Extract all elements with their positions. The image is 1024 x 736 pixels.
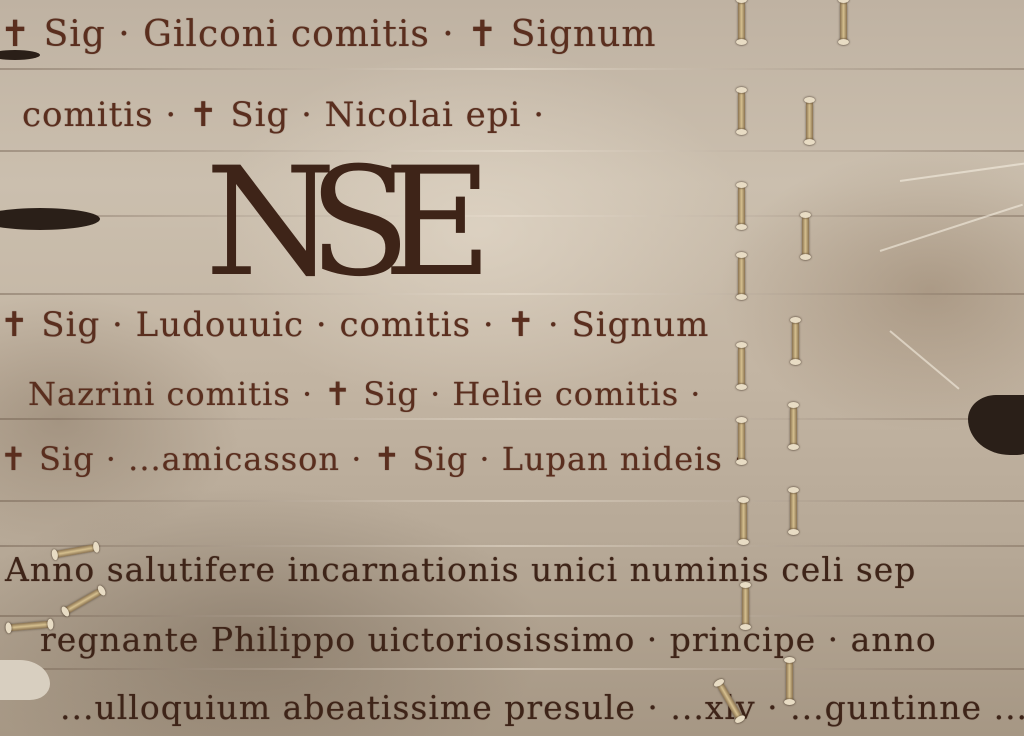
- thread-stitch: [740, 500, 747, 542]
- thread-stitch: [802, 215, 809, 257]
- parchment-tear: [968, 395, 1024, 455]
- thread-stitch: [786, 660, 793, 702]
- parchment-fold: [0, 500, 1024, 502]
- parchment-fold: [0, 68, 1024, 70]
- manuscript-line: ...ulloquium abeatissime presule · ...xl…: [60, 688, 1024, 727]
- manuscript-line: regnante Philippo uictoriosissimo · prin…: [40, 620, 937, 659]
- manuscript-line: Nazrini comitis · ✝ Sig · Helie comitis …: [28, 375, 701, 413]
- thread-stitch: [790, 490, 797, 532]
- thread-stitch: [64, 587, 104, 614]
- monogram: NSE: [205, 148, 465, 298]
- parchment-fold: [0, 668, 1024, 670]
- thread-stitch: [738, 90, 745, 132]
- parchment-fold: [0, 215, 1024, 217]
- parchment-tear: [0, 660, 50, 700]
- manuscript-line: ✝ Sig · ...amicasson · ✝ Sig · Lupan nid…: [0, 440, 745, 478]
- thread-stitch: [738, 0, 745, 42]
- manuscript-line: comitis · ✝ Sig · Nicolai epi ·: [22, 95, 545, 135]
- parchment-fold: [0, 615, 1024, 617]
- thread-stitch: [738, 420, 745, 462]
- thread-stitch: [792, 320, 799, 362]
- parchment-fold: [0, 293, 1024, 295]
- manuscript-line: Anno salutifere incarnationis unici numi…: [5, 550, 916, 589]
- parchment-crease: [889, 330, 959, 389]
- thread-stitch: [738, 185, 745, 227]
- parchment-fold: [0, 418, 1024, 420]
- thread-stitch: [738, 345, 745, 387]
- parchment-tear: [0, 208, 100, 230]
- thread-stitch: [806, 100, 813, 142]
- parchment-crease: [880, 204, 1023, 252]
- thread-stitch: [790, 405, 797, 447]
- thread-stitch: [738, 255, 745, 297]
- parchment-fold: [0, 545, 1024, 547]
- manuscript-line: ✝ Sig · Ludouuic · comitis · ✝ · Signum: [0, 305, 709, 345]
- parchment-fold: [0, 150, 1024, 152]
- thread-stitch: [840, 0, 847, 42]
- manuscript-line: ✝ Sig · Gilconi comitis · ✝ Signum: [0, 14, 657, 55]
- parchment-crease: [900, 162, 1024, 182]
- thread-stitch: [742, 585, 749, 627]
